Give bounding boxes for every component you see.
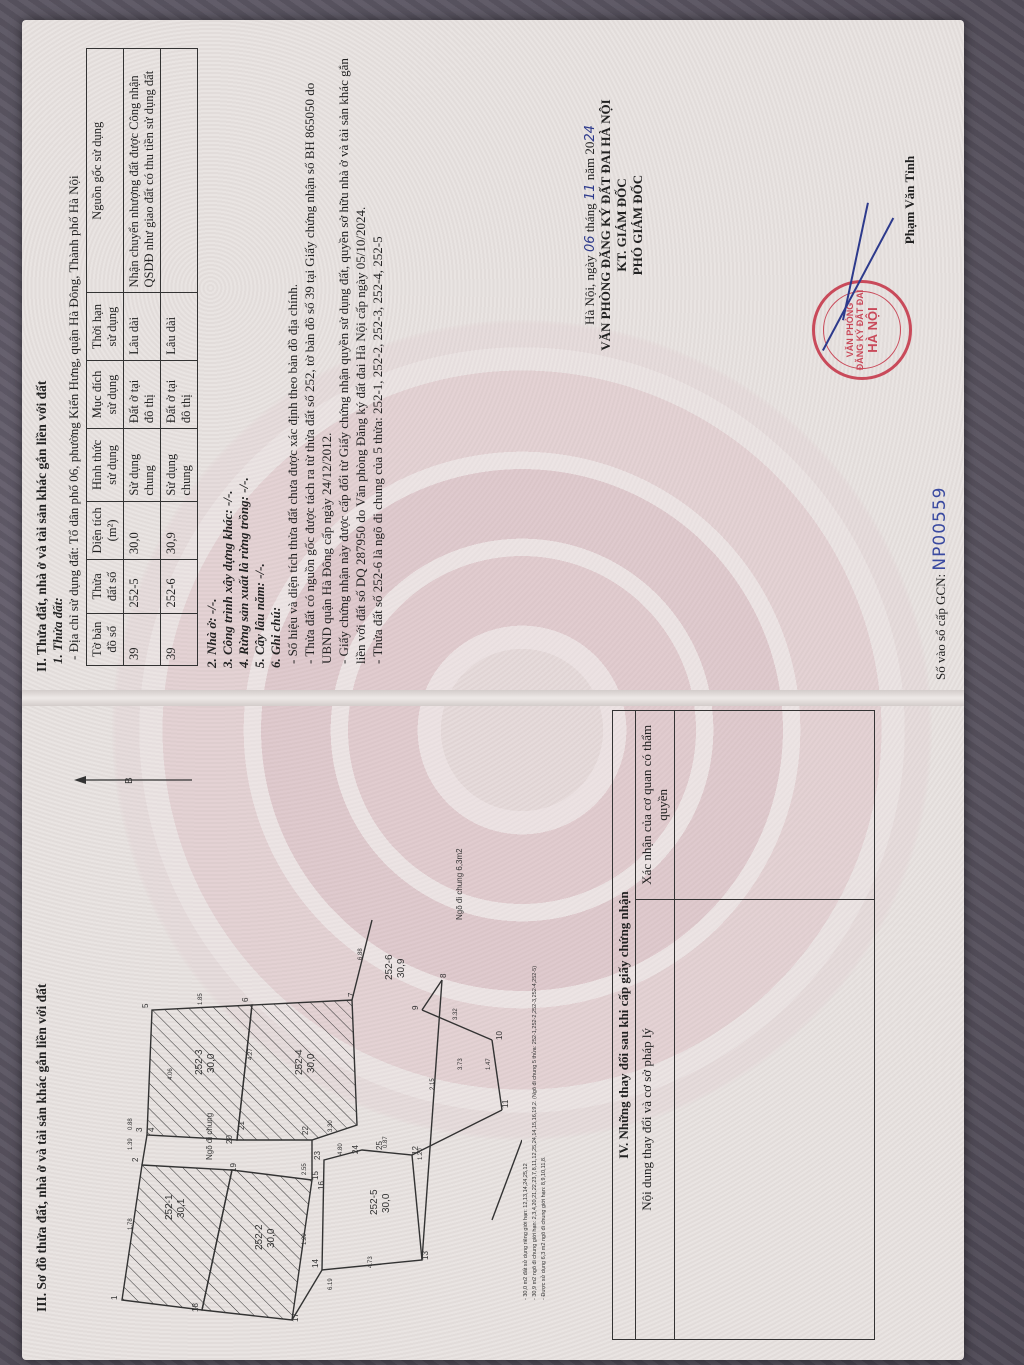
svg-text:30,0: 30,0 [381, 1193, 392, 1213]
svg-text:4.27: 4.27 [248, 1048, 254, 1060]
issue-date: Hà Nội, ngày 06 tháng 11 năm 2024 [582, 60, 598, 390]
svg-text:30,0: 30,0 [266, 1228, 277, 1248]
land-address: - Địa chỉ sử dụng đất: Tổ dân phố 06, ph… [66, 48, 82, 660]
section-ii-title: II. Thửa đất, nhà ở và tài sản khác gắn … [34, 48, 50, 672]
table-cell: Lâu dài [161, 293, 198, 360]
svg-text:4: 4 [147, 1127, 156, 1132]
svg-text:18: 18 [191, 1303, 200, 1312]
svg-text:1.39: 1.39 [128, 1138, 134, 1150]
north-arrow-icon: B [74, 776, 192, 784]
table-cell [161, 49, 198, 293]
table-cell: 39 [161, 613, 198, 665]
svg-text:23: 23 [313, 1151, 322, 1160]
table-header: Thời hạn sử dụng [87, 293, 124, 360]
section-item: 2. Nhà ở: -/-. [204, 48, 220, 668]
note-line: - Thửa đất có nguồn gốc được tách ra từ … [301, 48, 335, 664]
svg-text:10: 10 [495, 1031, 504, 1040]
svg-text:11: 11 [501, 1099, 510, 1108]
svg-text:2.55: 2.55 [302, 1163, 308, 1175]
table-cell: Đất ở tại đô thị [161, 360, 198, 428]
svg-text:7: 7 [347, 992, 356, 997]
svg-text:30,0: 30,0 [206, 1053, 217, 1073]
parcel-diagram: 252-130,1252-230,0252-330,0252-430,0252-… [62, 700, 522, 1340]
svg-text:6.88: 6.88 [358, 948, 364, 960]
note-line: - Thửa đất số 252-6 là ngõ đi chung của … [369, 48, 386, 664]
svg-text:6: 6 [241, 997, 250, 1002]
svg-text:252-4: 252-4 [294, 1049, 305, 1075]
table-cell: Sử dụng chung [161, 429, 198, 502]
legend-line: - Được sử dụng 6,3 m2 ngõ đi chung giới … [540, 740, 549, 1300]
table-cell: 30,9 [161, 501, 198, 559]
svg-text:0.87: 0.87 [383, 1136, 389, 1148]
svg-text:4.06: 4.06 [168, 1068, 174, 1080]
svg-text:1.29: 1.29 [302, 1233, 308, 1245]
table-cell: Đất ở tại đô thị [124, 360, 161, 428]
svg-text:0.88: 0.88 [128, 1118, 134, 1130]
section-item: 3. Công trình xây dựng khác: -/-. [220, 48, 236, 668]
gcn-entry: Số vào sổ cấp GCN: NP00559 [930, 487, 950, 680]
changes-col-authority: Xác nhận của cơ quan có thẩm quyền [636, 711, 675, 900]
svg-text:20: 20 [225, 1135, 234, 1144]
svg-text:B: B [124, 777, 135, 784]
changes-content-cell [675, 899, 875, 1339]
handwritten-day: 06 [583, 235, 598, 252]
section-iii-title: III. Sơ đồ thửa đất, nhà ở và tài sản kh… [34, 708, 50, 1312]
svg-text:3.32: 3.32 [453, 1008, 459, 1020]
gcn-number: NP00559 [930, 487, 950, 571]
svg-text:2: 2 [131, 1157, 140, 1162]
changes-authority-cell [675, 711, 875, 900]
land-parcel-table: Tờ bản đồ sốThửa đất sốDiện tích (m²)Hìn… [86, 48, 198, 666]
section-item: 4. Rừng sản xuất là rừng trồng: -/-. [236, 48, 252, 668]
svg-text:15: 15 [311, 1171, 320, 1180]
table-cell: 39 [124, 613, 161, 665]
svg-text:19: 19 [229, 1163, 238, 1172]
svg-text:8: 8 [439, 973, 448, 978]
on-behalf-of: KT. GIÁM ĐỐC [614, 60, 630, 390]
changes-title: IV. Những thay đổi sau khi cấp giấy chứn… [613, 711, 636, 1340]
svg-text:30,9: 30,9 [396, 958, 407, 978]
table-cell: 30,0 [124, 501, 161, 559]
section-item: 5. Cây lâu năm: -/-. [252, 48, 268, 668]
svg-text:30,0: 30,0 [306, 1053, 317, 1073]
svg-text:21: 21 [237, 1121, 246, 1130]
page-left: II. Thửa đất, nhà ở và tài sản khác gắn … [22, 30, 964, 690]
subsection-1-title: 1. Thửa đất: [50, 48, 66, 664]
handwritten-year: 24 [583, 125, 598, 142]
signature-block: Hà Nội, ngày 06 tháng 11 năm 2024 VĂN PH… [582, 60, 646, 390]
svg-text:13: 13 [421, 1251, 430, 1260]
signer-name: Phạm Văn Tỉnh [902, 100, 918, 300]
svg-text:252-3: 252-3 [194, 1049, 205, 1075]
svg-text:Ngõ đi chung 6,3m2: Ngõ đi chung 6,3m2 [455, 848, 464, 920]
changes-section: IV. Những thay đổi sau khi cấp giấy chứn… [612, 710, 875, 1340]
signer-title: PHÓ GIÁM ĐỐC [630, 60, 646, 390]
changes-col-content: Nội dung thay đổi và cơ sở pháp lý [636, 899, 675, 1339]
svg-text:16: 16 [317, 1181, 326, 1190]
table-header: Diện tích (m²) [87, 501, 124, 559]
table-header: Thửa đất số [87, 560, 124, 613]
issuing-office: VĂN PHÒNG ĐĂNG KÝ ĐẤT ĐAI HÀ NỘI [598, 60, 614, 390]
svg-text:9: 9 [411, 1005, 420, 1010]
table-header: Mục đích sử dụng [87, 360, 124, 428]
svg-text:1: 1 [110, 1295, 119, 1300]
table-header: Hình thức sử dụng [87, 429, 124, 502]
svg-text:1.47: 1.47 [486, 1058, 492, 1070]
note-line: - Giấy chứng nhận này được cấp đổi từ Gi… [335, 48, 369, 664]
svg-text:1.85: 1.85 [198, 993, 204, 1005]
table-row: 39252-630,9Sử dụng chungĐất ở tại đô thị… [161, 49, 198, 666]
svg-text:30,1: 30,1 [176, 1198, 187, 1218]
table-cell: 252-6 [161, 560, 198, 613]
official-stamp: VĂN PHÒNG ĐĂNG KÝ ĐẤT ĐAI HÀ NỘI [812, 280, 912, 380]
svg-text:17: 17 [291, 1313, 300, 1322]
svg-text:24: 24 [351, 1145, 360, 1154]
table-cell: Sử dụng chung [124, 429, 161, 502]
svg-text:252-1: 252-1 [164, 1194, 175, 1220]
svg-text:3: 3 [135, 1127, 144, 1132]
svg-text:3.30: 3.30 [328, 1120, 334, 1132]
legend-line: - 30,0 m2 đất sử dụng riêng giới hạn: 12… [522, 740, 531, 1300]
svg-text:252-2: 252-2 [254, 1224, 265, 1250]
svg-text:1.20: 1.20 [418, 1148, 424, 1160]
table-cell: Nhận chuyển nhượng đất được Công nhận QS… [124, 49, 161, 293]
table-cell: 252-5 [124, 560, 161, 613]
table-cell: Lâu dài [124, 293, 161, 360]
svg-text:2.15: 2.15 [430, 1078, 436, 1090]
table-row: 39252-530,0Sử dụng chungĐất ở tại đô thị… [124, 49, 161, 666]
handwritten-month: 11 [583, 184, 598, 201]
diagram-legend: - 30,0 m2 đất sử dụng riêng giới hạn: 12… [522, 740, 549, 1300]
svg-text:1.78: 1.78 [128, 1218, 134, 1230]
legend-line: - 30,9 m2 ngõ đi chung giới hạn: 2,3,4,2… [531, 740, 540, 1300]
table-header: Nguồn gốc sử dụng [87, 49, 124, 293]
svg-text:4.73: 4.73 [368, 1256, 374, 1268]
svg-text:22: 22 [301, 1126, 310, 1135]
table-header: Tờ bản đồ số [87, 613, 124, 665]
notes-title: 6. Ghi chú: [268, 48, 284, 668]
svg-text:252-6: 252-6 [384, 954, 395, 980]
note-line: - Số hiệu và diện tích thửa đất chưa đượ… [284, 48, 301, 664]
svg-text:Ngõ đi chung: Ngõ đi chung [205, 1113, 214, 1160]
svg-text:4.80: 4.80 [338, 1143, 344, 1155]
changes-table: IV. Những thay đổi sau khi cấp giấy chứn… [612, 710, 875, 1340]
page-right: III. Sơ đồ thửa đất, nhà ở và tài sản kh… [22, 690, 964, 1360]
svg-text:14: 14 [311, 1259, 320, 1268]
svg-text:6.19: 6.19 [328, 1278, 334, 1290]
svg-text:5: 5 [141, 1003, 150, 1008]
svg-text:3.73: 3.73 [458, 1058, 464, 1070]
svg-text:252-5: 252-5 [369, 1189, 380, 1215]
